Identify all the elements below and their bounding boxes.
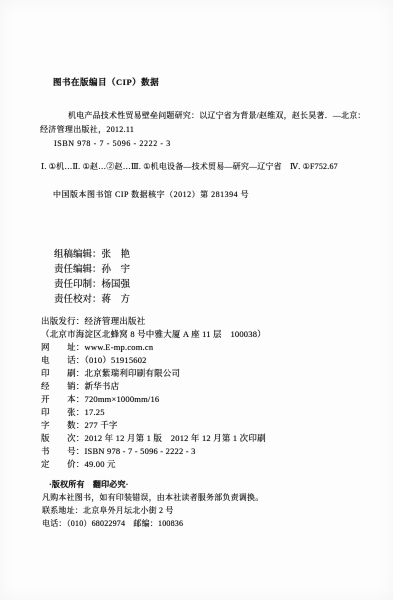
pub-value: 17.25 [85,407,105,417]
pub-row-publisher: 出版发行：经济管理出版社 [41,315,266,328]
pub-row-website: 网 址：www.E-mp.com.cn [41,341,266,354]
book-title-line2: 经济管理出版社，2012.11 [40,124,134,135]
pub-row-edition: 版 次：2012 年 12 月第 1 版 2012 年 12 月第 1 次印刷 [41,432,266,445]
editors-block: 组稿编辑：张 艳 责任编辑：孙 宇 责任印制：杨国强 责任校对：蒋 方 [54,248,130,308]
pub-label: 定 价： [41,459,85,469]
pub-label: 字 数： [41,420,85,430]
pub-row-format: 开 本：720mm×1000mm/16 [41,393,266,406]
editor-label: 责任编辑： [54,265,102,275]
pub-label: 印 张： [41,407,85,417]
cip-header: 图书在版编目（CIP）数据 [53,76,159,88]
pub-label: 经 销： [41,381,85,391]
pub-row-distributor: 经 销：新华书店 [41,380,266,393]
editor-row-print-supervisor: 责任印制：杨国强 [54,278,130,293]
pub-row-sheets: 印 张：17.25 [41,406,266,419]
pub-row-word-count: 字 数：277 千字 [41,419,266,432]
pub-value: www.E-mp.com.cn [85,342,154,352]
pub-value: 2012 年 12 月第 1 版 2012 年 12 月第 1 次印刷 [85,433,266,443]
publication-info-block: 出版发行：经济管理出版社 （北京市海淀区北蜂窝 8 号中雅大厦 A 座 11 层… [41,315,266,471]
pub-label: 开 本： [41,394,85,404]
copyright-notice-block: ·版权所有 翻印必究· 凡购本社图书，如有印装错误，由本社读者服务部负责调换。 … [42,478,263,530]
editor-name: 杨国强 [102,280,131,290]
pub-value: 277 千字 [85,420,118,430]
editor-row-acquisitions: 组稿编辑：张 艳 [54,248,130,263]
contact-phone-postcode-line: 电话：（010）68022974 邮编：100836 [42,517,263,530]
cip-classification: Ⅰ. ①机…Ⅱ. ①赵…②赵…Ⅲ. ①机电设备—技术贸易—研究—辽宁省 Ⅳ. ①… [41,161,338,172]
pub-row-address: （北京市海淀区北蜂窝 8 号中雅大厦 A 座 11 层 100038） [41,328,266,341]
pub-label: 电 话： [41,355,85,365]
pub-value: ISBN 978 - 7 - 5096 - 2222 - 3 [85,446,196,456]
pub-value: 720mm×1000mm/16 [85,394,160,404]
copyright-reserved-line: ·版权所有 翻印必究· [42,478,263,491]
contact-address-line: 联系地址：北京阜外月坛北小街 2 号 [42,504,263,517]
editor-name: 蒋 方 [102,295,131,305]
pub-value: （010）51915602 [85,355,147,365]
pub-label: 网 址： [41,342,85,352]
pub-row-price: 定 价：49.00 元 [41,458,266,471]
editor-label: 组稿编辑： [54,250,102,260]
pub-value: （北京市海淀区北蜂窝 8 号中雅大厦 A 座 11 层 100038） [41,329,266,339]
pub-row-book-number: 书 号：ISBN 978 - 7 - 5096 - 2222 - 3 [41,445,266,458]
pub-label: 版 次： [41,433,85,443]
editor-label: 责任印制： [54,280,102,290]
pub-label: 出版发行： [41,316,85,326]
editor-row-responsible-editor: 责任编辑：孙 宇 [54,263,130,278]
pub-label: 书 号： [41,446,85,456]
isbn-number: ISBN 978 - 7 - 5096 - 2222 - 3 [54,139,171,148]
pub-value: 经济管理出版社 [85,316,146,326]
book-title-line1: 机电产品技术性贸易壁垒问题研究：以辽宁省为背景/赵维双，赵长昊著．—北京： [68,110,366,121]
editor-label: 责任校对： [54,295,102,305]
pub-label: 印 刷： [41,368,85,378]
editor-name: 孙 宇 [102,265,131,275]
pub-row-printer: 印 刷：北京紫瑞利印刷有限公司 [41,367,266,380]
book-copyright-page: 图书在版编目（CIP）数据 机电产品技术性贸易壁垒问题研究：以辽宁省为背景/赵维… [0,0,393,600]
pub-value: 北京紫瑞利印刷有限公司 [85,368,181,378]
editor-row-proofreader: 责任校对：蒋 方 [54,293,130,308]
pub-value: 新华书店 [85,381,120,391]
cip-record-number: 中国版本图书馆 CIP 数据核字（2012）第 281394 号 [53,189,249,200]
replacement-policy-line: 凡购本社图书，如有印装错误，由本社读者服务部负责调换。 [42,491,263,504]
pub-row-telephone: 电 话：（010）51915602 [41,354,266,367]
pub-value: 49.00 元 [85,459,116,469]
editor-name: 张 艳 [102,250,131,260]
